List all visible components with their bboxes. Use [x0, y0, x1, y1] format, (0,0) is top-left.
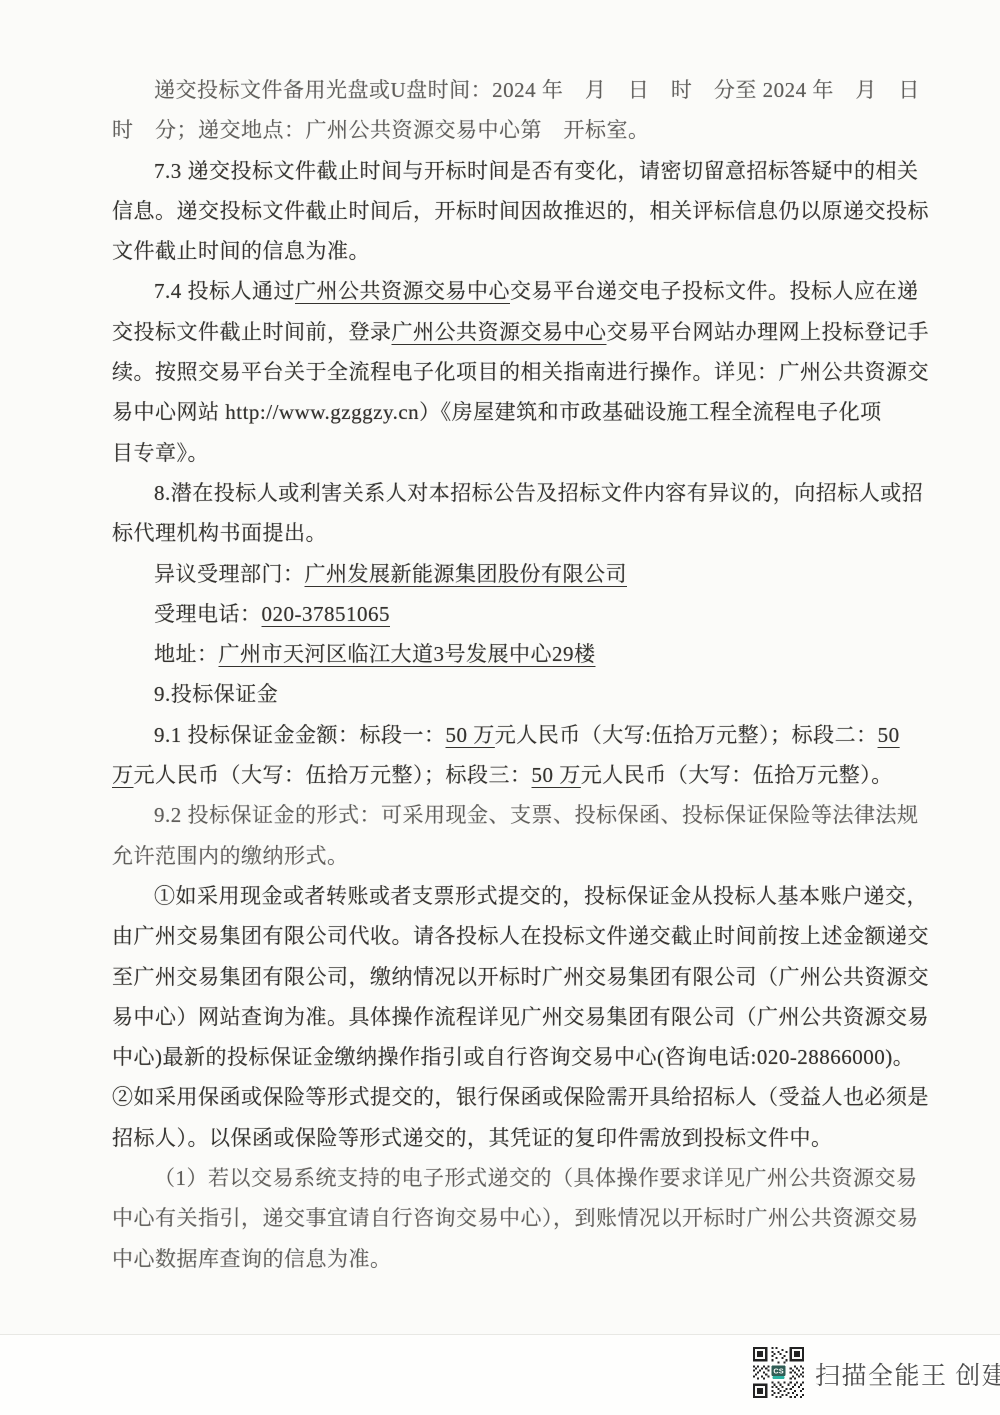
text-line: 地址：广州市天河区临江大道3号发展中心29楼 — [112, 634, 910, 674]
text-segment: 7.4 投标人通过 — [154, 279, 295, 303]
text-line: 递交投标文件备用光盘或U盘时间：2024 年 月 日 时 分至 2024 年 月… — [112, 70, 910, 110]
text-line: 续。按照交易平台关于全流程电子化项目的相关指南进行操作。详见：广州公共资源交 — [112, 352, 910, 392]
underlined-text: 广州发展新能源集团股份有限公司 — [305, 562, 628, 586]
text-segment: 由广州交易集团有限公司代收。请各投标人在投标文件递交截止时间前按上述金额递交 — [112, 924, 929, 948]
text-segment: 交易平台递交电子投标文件。投标人应在递 — [510, 279, 919, 303]
text-segment: 7.3 递交投标文件截止时间与开标时间是否有变化，请密切留意招标答疑中的相关 — [154, 159, 919, 183]
text-line: 招标人）。以保函或保险等形式递交的，其凭证的复印件需放到投标文件中。 — [112, 1118, 910, 1158]
text-line: 异议受理部门：广州发展新能源集团股份有限公司 — [112, 554, 910, 594]
text-segment: ②如采用保函或保险等形式提交的，银行保函或保险需开具给招标人（受益人也必须是 — [112, 1085, 929, 1109]
text-line: ②如采用保函或保险等形式提交的，银行保函或保险需开具给招标人（受益人也必须是 — [112, 1077, 910, 1117]
text-line: 9.2 投标保证金的形式：可采用现金、支票、投标保函、投标保证保险等法律法规 — [112, 795, 910, 835]
text-line: 受理电话：020-37851065 — [112, 594, 910, 634]
underlined-text: 50 — [878, 723, 900, 747]
text-segment: 9.2 投标保证金的形式：可采用现金、支票、投标保函、投标保证保险等法律法规 — [154, 803, 919, 827]
cs-logo-bar — [773, 1376, 785, 1379]
qr-code-icon: CS — [752, 1347, 805, 1398]
text-segment: 时 分；递交地点：广州公共资源交易中心第 开标室。 — [112, 118, 650, 142]
text-segment: 中心有关指引，递交事宜请自行咨询交易中心），到账情况以开标时广州公共资源交易 — [112, 1206, 919, 1230]
text-line: ①如采用现金或者转账或者支票形式提交的，投标保证金从投标人基本账户递交， — [112, 876, 910, 916]
text-segment: 元人民币（大写:伍拾万元整）；标段二： — [495, 723, 878, 747]
text-line: 9.投标保证金 — [112, 674, 910, 714]
text-segment: 元人民币（大写：伍拾万元整）；标段三： — [134, 763, 532, 787]
underlined-text: 广州市天河区临江大道3号发展中心29楼 — [219, 642, 596, 666]
cs-logo-text: CS — [773, 1367, 783, 1376]
text-segment: 递交投标文件备用光盘或U盘时间：2024 年 月 日 时 分至 2024 年 月… — [154, 78, 920, 102]
text-segment: 标代理机构书面提出。 — [112, 521, 327, 545]
underlined-text: 50 万 — [446, 723, 495, 747]
text-segment: 目专章》。 — [112, 441, 209, 465]
text-segment: ①如采用现金或者转账或者支票形式提交的，投标保证金从投标人基本账户递交， — [154, 884, 928, 908]
underlined-text: 万 — [112, 763, 134, 787]
text-segment: 交投标文件截止时间前，登录 — [112, 320, 392, 344]
text-segment: 8.潜在投标人或利害关系人对本招标公告及招标文件内容有异议的，向招标人或招 — [154, 481, 923, 505]
text-segment: 允许范围内的缴纳形式。 — [112, 844, 349, 868]
text-segment: 易中心网站 http://www.gzggzy.cn）《房屋建筑和市政基础设施工… — [112, 400, 882, 424]
document-body: 递交投标文件备用光盘或U盘时间：2024 年 月 日 时 分至 2024 年 月… — [112, 70, 910, 1279]
underlined-text: 广州公共资源交易中心 — [295, 279, 510, 303]
text-segment: 受理电话： — [154, 602, 262, 626]
text-line: 标代理机构书面提出。 — [112, 513, 910, 553]
text-line: 中心)最新的投标保证金缴纳操作指引或自行咨询交易中心(咨询电话:020-2886… — [112, 1037, 910, 1077]
text-line: 目专章》。 — [112, 433, 910, 473]
underlined-text: 50 万 — [532, 763, 581, 787]
text-line: 允许范围内的缴纳形式。 — [112, 836, 910, 876]
text-segment: 文件截止时间的信息为准。 — [112, 239, 370, 263]
text-segment: 易中心）网站查询为准。具体操作流程详见广州交易集团有限公司（广州公共资源交易 — [112, 1005, 929, 1029]
scanner-watermark-label: 扫描全能王 创建 — [815, 1356, 1000, 1392]
text-segment: 交易平台网站办理网上投标登记手 — [607, 320, 930, 344]
text-line: 中心有关指引，递交事宜请自行咨询交易中心），到账情况以开标时广州公共资源交易 — [112, 1198, 910, 1238]
text-line: （1）若以交易系统支持的电子形式递交的（具体操作要求详见广州公共资源交易 — [112, 1158, 910, 1198]
text-line: 9.1 投标保证金金额：标段一：50 万元人民币（大写:伍拾万元整）；标段二：5… — [112, 715, 910, 755]
text-line: 易中心网站 http://www.gzggzy.cn）《房屋建筑和市政基础设施工… — [112, 392, 910, 432]
text-segment: 9.投标保证金 — [154, 682, 278, 706]
text-line: 时 分；递交地点：广州公共资源交易中心第 开标室。 — [112, 110, 910, 150]
underlined-text: 020-37851065 — [262, 602, 391, 626]
text-line: 由广州交易集团有限公司代收。请各投标人在投标文件递交截止时间前按上述金额递交 — [112, 916, 910, 956]
text-segment: 招标人）。以保函或保险等形式递交的，其凭证的复印件需放到投标文件中。 — [112, 1126, 833, 1150]
text-line: 7.4 投标人通过广州公共资源交易中心交易平台递交电子投标文件。投标人应在递 — [112, 271, 910, 311]
text-line: 7.3 递交投标文件截止时间与开标时间是否有变化，请密切留意招标答疑中的相关 — [112, 151, 910, 191]
text-line: 信息。递交投标文件截止时间后，开标时间因故推迟的，相关评标信息仍以原递交投标 — [112, 191, 910, 231]
text-line: 交投标文件截止时间前，登录广州公共资源交易中心交易平台网站办理网上投标登记手 — [112, 312, 910, 352]
text-line: 万元人民币（大写：伍拾万元整）；标段三：50 万元人民币（大写：伍拾万元整）。 — [112, 755, 910, 795]
text-segment: 中心)最新的投标保证金缴纳操作指引或自行咨询交易中心(咨询电话:020-2886… — [112, 1045, 914, 1069]
text-segment: 元人民币（大写：伍拾万元整）。 — [581, 763, 893, 787]
text-segment: 地址： — [154, 642, 219, 666]
text-segment: 至广州交易集团有限公司，缴纳情况以开标时广州交易集团有限公司（广州公共资源交 — [112, 965, 929, 989]
text-line: 易中心）网站查询为准。具体操作流程详见广州交易集团有限公司（广州公共资源交易 — [112, 997, 910, 1037]
scanned-document-page: 递交投标文件备用光盘或U盘时间：2024 年 月 日 时 分至 2024 年 月… — [0, 0, 1000, 1415]
text-segment: 信息。递交投标文件截止时间后，开标时间因故推迟的，相关评标信息仍以原递交投标 — [112, 199, 929, 223]
text-line: 中心数据库查询的信息为准。 — [112, 1239, 910, 1279]
text-segment: 中心数据库查询的信息为准。 — [112, 1247, 392, 1271]
text-line: 文件截止时间的信息为准。 — [112, 231, 910, 271]
text-line: 至广州交易集团有限公司，缴纳情况以开标时广州交易集团有限公司（广州公共资源交 — [112, 957, 910, 997]
text-line: 8.潜在投标人或利害关系人对本招标公告及招标文件内容有异议的，向招标人或招 — [112, 473, 910, 513]
underlined-text: 广州公共资源交易中心 — [392, 320, 607, 344]
text-segment: （1）若以交易系统支持的电子形式递交的（具体操作要求详见广州公共资源交易 — [154, 1166, 918, 1190]
text-segment: 9.1 投标保证金金额：标段一： — [154, 723, 446, 747]
text-segment: 异议受理部门： — [154, 562, 305, 586]
text-segment: 续。按照交易平台关于全流程电子化项目的相关指南进行操作。详见：广州公共资源交 — [112, 360, 929, 384]
